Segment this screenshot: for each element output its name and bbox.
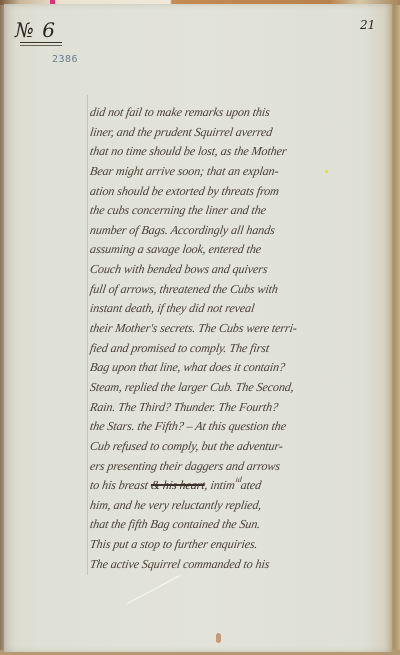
text-line: assuming a savage look, entered the [89, 240, 392, 260]
text-line: Bear might arrive soon; that an explan- [89, 162, 392, 182]
text-line: Bag upon that line, what does it contain… [89, 358, 392, 378]
text-line: full of arrows, threatened the Cubs with [89, 280, 392, 300]
paper-stain [216, 633, 221, 643]
text-line: Rain. The Third? Thunder. The Fourth? [89, 398, 392, 418]
text-line: the cubs concerning the liner and the [89, 201, 392, 221]
struck-text: & his heart [150, 478, 206, 492]
text-line: the Stars. the Fifth? – At this question… [89, 417, 392, 437]
text-line: The active Squirrel commanded to his [89, 555, 392, 575]
text-fragment: ated [240, 478, 262, 492]
text-line: ation should be extorted by threats from [89, 182, 392, 202]
text-line: him, and he very reluctantly replied, [89, 496, 392, 516]
page-number: 21 [360, 18, 375, 32]
text-line: their Mother's secrets. The Cubs were te… [89, 319, 392, 339]
stamp-number: 2386 [52, 54, 78, 65]
text-line: ers presenting their daggers and arrows [89, 457, 392, 477]
inserted-text: id [235, 475, 242, 484]
folio-label: № 6 [15, 18, 56, 42]
text-line: that no time should be lost, as the Moth… [89, 142, 392, 162]
margin-rule [87, 95, 88, 575]
text-fragment: , intim [204, 478, 236, 492]
text-fragment: to his breast [89, 478, 152, 492]
text-line: liner, and the prudent Squirrel averred [89, 123, 392, 143]
text-line: number of Bags. Accordingly all hands [89, 221, 392, 241]
text-line: This put a stop to further enquiries. [89, 535, 392, 555]
manuscript-text: did not fail to make remarks upon this l… [90, 103, 390, 574]
paper-speck [325, 170, 328, 173]
text-line: Cub refused to comply, but the adventur- [89, 437, 392, 457]
text-line: fied and promised to comply. The first [89, 339, 392, 359]
folio-underline [20, 42, 62, 46]
text-line: Couch with bended bows and quivers [89, 260, 392, 280]
text-line: did not fail to make remarks upon this [89, 103, 392, 123]
text-line: that the fifth Bag contained the Sun. [89, 515, 392, 535]
text-line-with-correction: to his breast & his heart, intimidated [89, 476, 392, 496]
text-line: instant death, if they did not reveal [89, 299, 392, 319]
text-line: Steam, replied the larger Cub. The Secon… [89, 378, 392, 398]
